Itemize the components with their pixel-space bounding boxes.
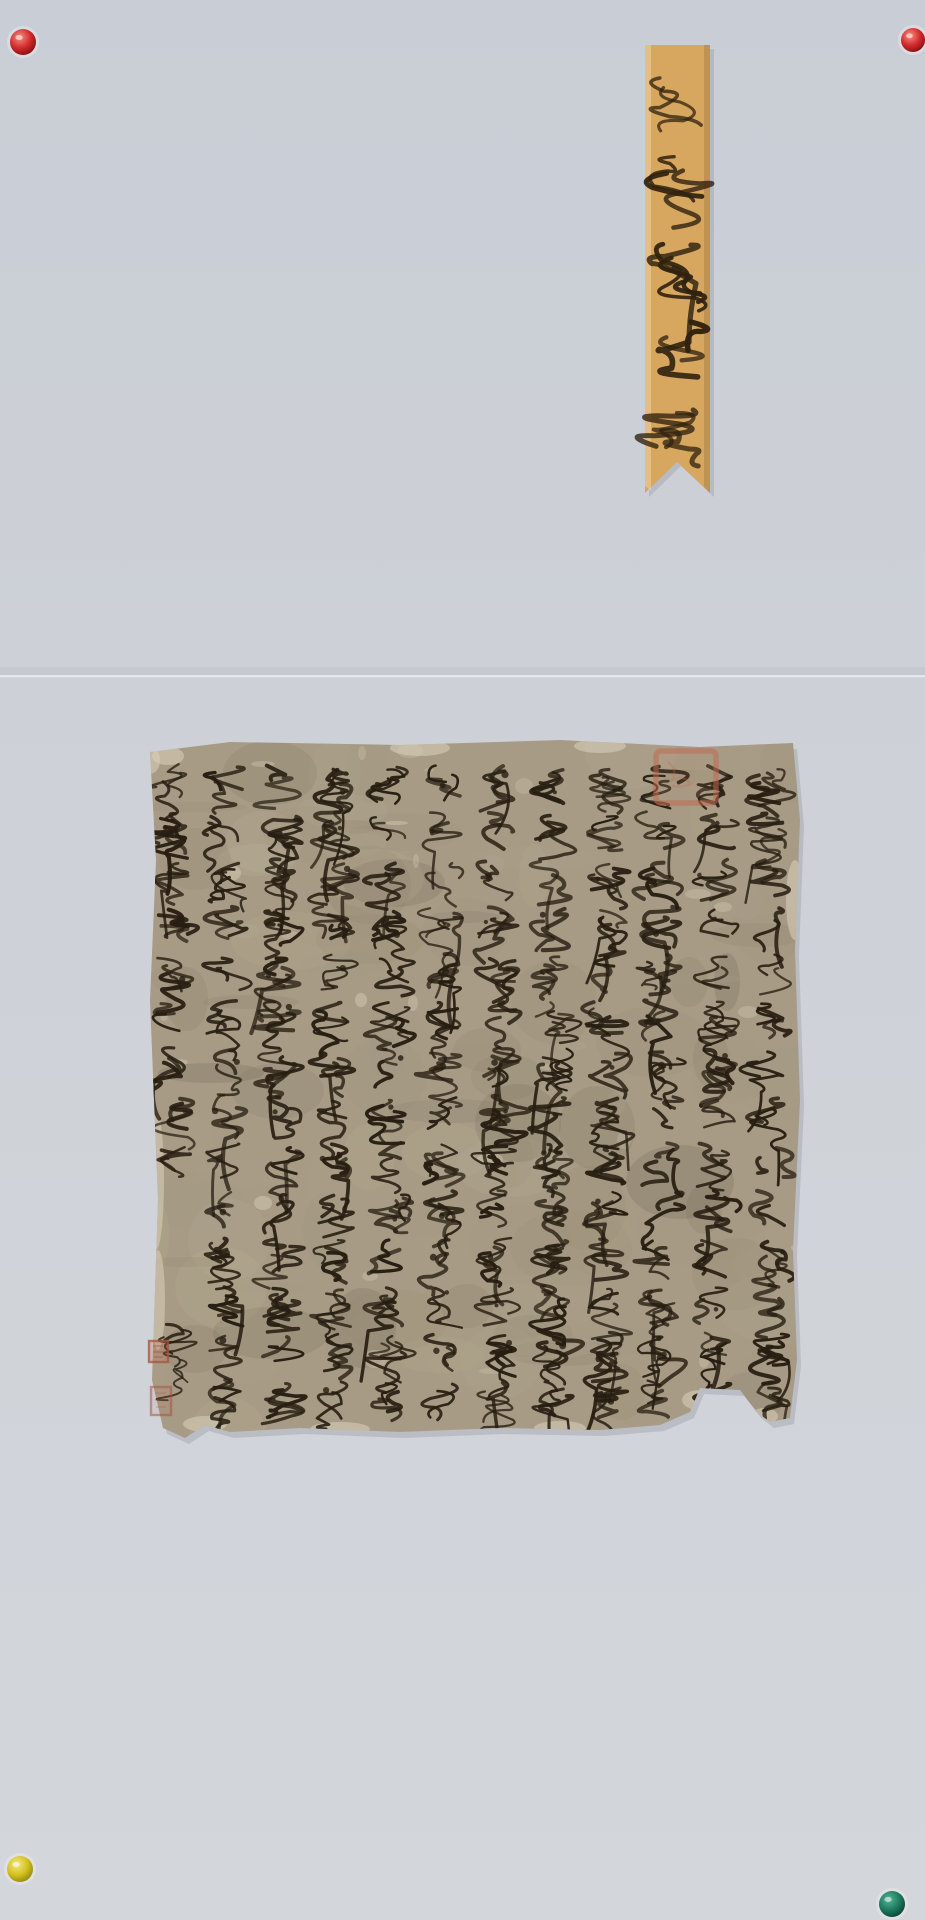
signature-seal-lower — [151, 1387, 171, 1415]
title-slip-left-light — [645, 45, 651, 491]
scroll-scene — [0, 0, 925, 1920]
title-slip-right-edge — [704, 45, 710, 493]
pushpin-bottom-left — [4, 1853, 36, 1885]
mount-seam-line — [0, 675, 925, 677]
pushpin-bottom-left-head — [7, 1856, 33, 1882]
pushpin-bottom-right — [876, 1888, 908, 1920]
pushpin-bottom-left-highlight — [12, 1862, 19, 1867]
pushpin-top-right-highlight — [906, 33, 913, 38]
calligraphy-scroll-photo — [0, 0, 925, 1920]
mount-seam-shadow — [0, 667, 925, 675]
pushpin-top-left — [7, 26, 39, 58]
pushpin-bottom-right-highlight — [884, 1897, 891, 1902]
pushpin-bottom-right-head — [879, 1891, 905, 1917]
pushpin-top-left-highlight — [15, 35, 22, 40]
pushpin-top-right-head — [901, 28, 925, 52]
pushpin-top-left-head — [10, 29, 36, 55]
collector-seal-top-right — [656, 751, 716, 803]
